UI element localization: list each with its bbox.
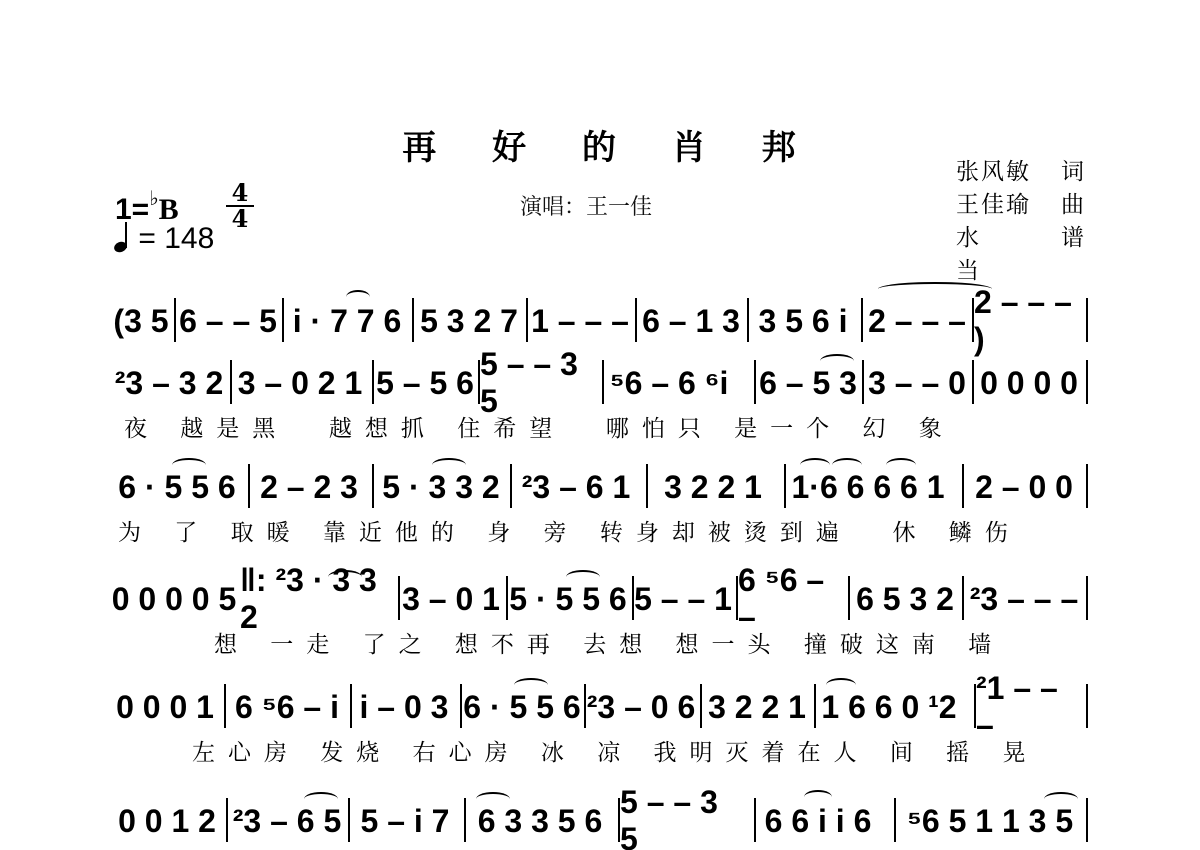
measure: ²3 – 0 6 xyxy=(586,682,696,732)
measure: 5 – i 7 xyxy=(350,796,460,846)
measure: 5 – – 1 xyxy=(634,574,732,624)
tempo-value: = 148 xyxy=(138,222,214,255)
measure: 6 – 1 3 xyxy=(637,296,745,346)
slur xyxy=(826,678,856,692)
key-signature: 1=♭B xyxy=(115,186,179,227)
slur xyxy=(832,458,862,472)
slur xyxy=(304,792,338,806)
barline xyxy=(1086,684,1088,728)
transcriber-credit: 水 当 谱 xyxy=(956,222,1084,288)
score-row-1: (3 5 6 – – 5 i · 7 7 6 5 3 2 7 1 – – – 6… xyxy=(110,296,1090,356)
measure: ²1 – – – xyxy=(976,682,1084,732)
tempo-marking: = 148 xyxy=(114,222,214,256)
time-signature: 4 4 xyxy=(226,182,254,230)
measure: ²3 – 6 1 xyxy=(512,462,640,512)
measure: 6 – – 5 xyxy=(176,296,280,346)
lyricist-role: 词 xyxy=(1061,156,1084,189)
slur xyxy=(1044,792,1078,806)
measure: ⁵6 – 6 ⁶i xyxy=(604,358,734,408)
slur xyxy=(514,678,548,692)
lyricist-name: 张风敏 xyxy=(956,156,1031,189)
time-signature-bottom: 4 xyxy=(226,208,254,230)
score-row-2: ²3 – 3 2 3 – 0 2 1 5 – 5 6 5 – – 3 5 ⁵6 … xyxy=(110,358,1090,418)
measure: 5 3 2 7 xyxy=(414,296,524,346)
measure: 2 – 2 3 xyxy=(250,462,368,512)
measure: 1 – – – xyxy=(528,296,632,346)
quarter-note-icon xyxy=(114,222,130,252)
measure: 2 – – – ) xyxy=(974,296,1084,346)
flat-icon: ♭ xyxy=(149,186,158,210)
measure: 6 ⁵6 – i xyxy=(226,682,348,732)
singer-credit: 演唱：王一佳 xyxy=(520,190,652,221)
measure: 5 – – 3 5 xyxy=(480,358,598,408)
measure: ‖: ²3 · 3 3 2 xyxy=(240,574,396,624)
slur xyxy=(476,792,510,806)
measure: 3 5 6 i xyxy=(749,296,857,346)
measure: ²3 – 3 2 xyxy=(110,358,228,408)
barline xyxy=(1086,464,1088,508)
barline xyxy=(1086,298,1088,342)
lyrics-line: 夜 越是黑 越想抓 住希望 哪怕只 是一个 幻 象 xyxy=(124,410,1104,443)
measure: (3 5 xyxy=(110,296,172,346)
measure: 3 2 2 1 xyxy=(648,462,778,512)
slur xyxy=(804,790,832,804)
composer-credit: 王佳瑜 曲 xyxy=(956,189,1084,222)
notes-line: 0 0 0 0 5 ‖: ²3 · 3 3 2 3 – 0 1 5 · 5 5 … xyxy=(110,574,1090,624)
lyrics-line: 为 了 取暖 靠近他的 身 旁 转身却被烫到遍 休 鳞伤 xyxy=(118,514,1098,547)
measure: 3 – 0 1 xyxy=(400,574,502,624)
notes-line: 0 0 1 2 ²3 – 6 5 5 – i 7 6 3 3 5 6 5 – –… xyxy=(110,796,1090,846)
measure: 0 0 0 0 xyxy=(974,358,1084,408)
measure: ²3 – – – xyxy=(964,574,1084,624)
slur xyxy=(886,458,916,472)
notes-line: (3 5 6 – – 5 i · 7 7 6 5 3 2 7 1 – – – 6… xyxy=(110,296,1090,346)
slur xyxy=(566,570,600,584)
notes-line: ²3 – 3 2 3 – 0 2 1 5 – 5 6 5 – – 3 5 ⁵6 … xyxy=(110,358,1090,408)
slur xyxy=(800,458,830,472)
measure: 2 – – – xyxy=(863,296,971,346)
barline xyxy=(1086,576,1088,620)
time-signature-top: 4 xyxy=(226,182,254,204)
measure: 5 – 5 6 xyxy=(374,358,476,408)
composer-name: 王佳瑜 xyxy=(956,189,1031,222)
score-row-5: 0 0 0 1 6 ⁵6 – i i – 0 3 6 · 5 5 6 ²3 – … xyxy=(110,682,1090,742)
measure: 0 0 1 2 xyxy=(110,796,224,846)
measure: 3 – – 0 xyxy=(864,358,970,408)
transcriber-name: 水 当 xyxy=(956,222,1061,288)
measure: i – 0 3 xyxy=(352,682,456,732)
measure: 3 – 0 2 1 xyxy=(232,358,368,408)
slur xyxy=(172,458,206,472)
slur xyxy=(820,354,854,368)
transcriber-role: 谱 xyxy=(1061,222,1084,288)
score-row-3: 6 · 5 5 6 2 – 2 3 5 · 3 3 2 ²3 – 6 1 3 2… xyxy=(110,462,1090,522)
lyricist-credit: 张风敏 词 xyxy=(956,156,1084,189)
score-row-4: 0 0 0 0 5 ‖: ²3 · 3 3 2 3 – 0 1 5 · 5 5 … xyxy=(110,574,1090,634)
barline xyxy=(1086,360,1088,404)
notes-line: 6 · 5 5 6 2 – 2 3 5 · 3 3 2 ²3 – 6 1 3 2… xyxy=(110,462,1090,512)
lyrics-line: 想 一走 了之 想不再 去想 想一头 撞破这南 墙 xyxy=(214,626,1194,659)
measure: 6 ⁵6 – – xyxy=(738,574,844,624)
score-row-6: 0 0 1 2 ²3 – 6 5 5 – i 7 6 3 3 5 6 5 – –… xyxy=(110,796,1090,850)
measure: 0 0 0 0 5 xyxy=(110,574,238,624)
slur xyxy=(432,458,466,472)
composer-role: 曲 xyxy=(1061,189,1084,222)
lyrics-line: 左心房 发烧 右心房 冰 凉 我明灭着在人 间 摇 晃 xyxy=(192,734,1172,767)
measure: 3 2 2 1 xyxy=(702,682,812,732)
measure: 5 – – 3 5 xyxy=(620,796,730,846)
measure: 6 5 3 2 xyxy=(850,574,960,624)
measure: 0 0 0 1 xyxy=(110,682,220,732)
slur xyxy=(328,570,362,584)
measure: 2 – 0 0 xyxy=(964,462,1084,512)
notes-line: 0 0 0 1 6 ⁵6 – i i – 0 3 6 · 5 5 6 ²3 – … xyxy=(110,682,1090,732)
slur xyxy=(346,290,370,304)
barline xyxy=(1086,798,1088,842)
credits-block: 张风敏 词 王佳瑜 曲 水 当 谱 xyxy=(956,156,1084,288)
